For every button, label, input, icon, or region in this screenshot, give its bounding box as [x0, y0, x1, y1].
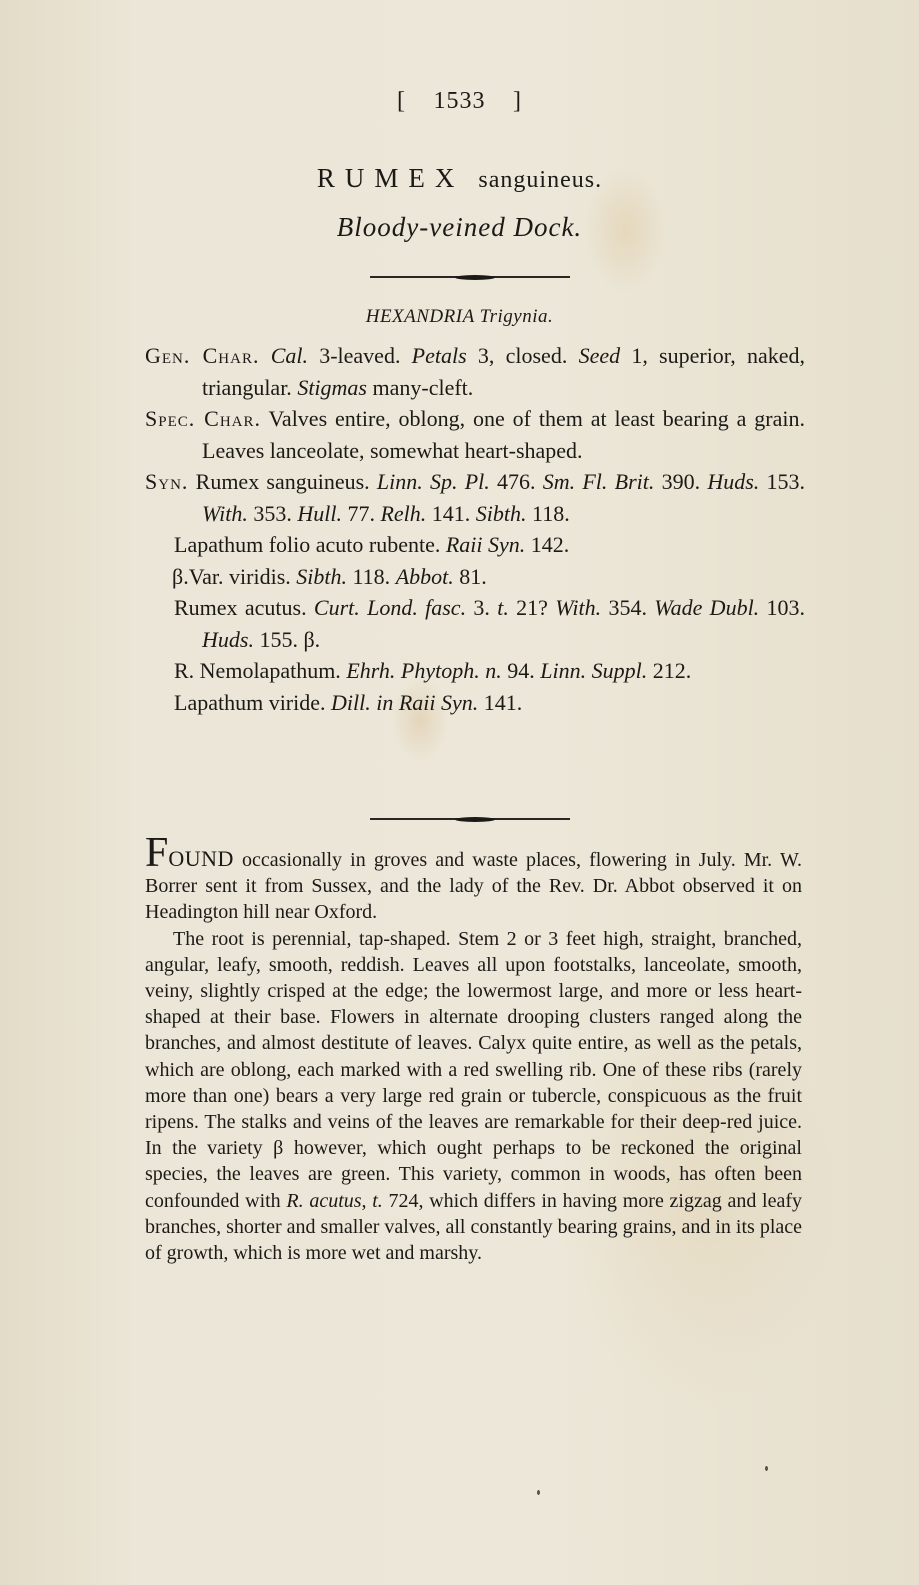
variety-entry: β.Var. viridis. Sibth. 118. Abbot. 81. — [145, 561, 805, 593]
variety-synonym-text: Rumex acutus. Curt. Lond. fasc. 3. t. 21… — [174, 595, 805, 652]
text-run: 353. — [248, 501, 298, 526]
citation-ref: Hull. — [297, 501, 342, 526]
citation-ref: Petals — [412, 343, 467, 368]
text-run: 103. — [759, 595, 805, 620]
drop-cap: F — [145, 830, 168, 876]
text-run: 77. — [342, 501, 381, 526]
citation-ref: Huds. — [707, 469, 759, 494]
citation-ref: Sibth. — [296, 564, 347, 589]
citation-ref: Dill. in Raii Syn. — [331, 690, 478, 715]
generic-character: Gen. Char. Cal. 3-leaved. Petals 3, clos… — [145, 340, 805, 403]
small-caps-lead: OUND — [168, 846, 234, 871]
text-run: 155. β. — [254, 627, 320, 652]
citation-ref: Linn. Sp. Pl. — [377, 469, 490, 494]
specific-character: Spec. Char. Valves entire, oblong, one o… — [145, 403, 805, 466]
text-run: 3. — [466, 595, 497, 620]
gen-char-text: Cal. 3-leaved. Petals 3, closed. Seed 1,… — [202, 343, 805, 400]
citation-ref: Ehrh. Phytoph. n. — [346, 658, 501, 683]
citation-ref: Abbot. — [396, 564, 454, 589]
variety-text: Var. viridis. Sibth. 118. Abbot. 81. — [189, 564, 487, 589]
common-name: Bloody-veined Dock. — [0, 212, 919, 243]
citation-ref: Stigmas — [297, 375, 367, 400]
synonym-text: Rumex sanguineus. Linn. Sp. Pl. 476. Sm.… — [196, 469, 805, 526]
text-run: R. Nemolapathum. — [174, 658, 346, 683]
species-epithet: sanguineus. — [478, 167, 602, 193]
class-name: HEXANDRIA — [366, 306, 475, 327]
text-run: 153. — [759, 469, 805, 494]
citation-ref: Seed — [579, 343, 621, 368]
text-run: 21? — [509, 595, 555, 620]
text-run: 390. — [654, 469, 707, 494]
variety-synonym: R. Nemolapathum. Ehrh. Phytoph. n. 94. L… — [145, 655, 805, 687]
text-run: Lapathum folio acuto rubente. — [174, 532, 446, 557]
spec-char-label: Spec. Char. — [145, 406, 261, 431]
text-run: 94. — [502, 658, 541, 683]
habitat-paragraph: FOUND occasionally in groves and waste p… — [145, 843, 802, 926]
gen-char-label: Gen. Char. — [145, 343, 259, 368]
order-name: Trigynia. — [480, 306, 554, 327]
text-run: 142. — [525, 532, 569, 557]
text-run: Var. viridis. — [189, 564, 297, 589]
citation-ref: Wade Dubl. — [654, 595, 759, 620]
citation-ref: Relh. — [380, 501, 426, 526]
description-paragraph: The root is perennial, tap-shaped. Stem … — [145, 926, 802, 1267]
text-run: 476. — [490, 469, 543, 494]
description: FOUND occasionally in groves and waste p… — [145, 843, 802, 1266]
spec-char-text: Valves entire, oblong, one of them at le… — [202, 406, 805, 463]
syn-label: Syn. — [145, 469, 188, 494]
classification: HEXANDRIA Trigynia. — [0, 306, 919, 328]
plate-ref: t. — [372, 1190, 383, 1212]
folio-number: 1533 — [434, 88, 486, 114]
ornamental-rule — [370, 276, 570, 278]
book-page: [ 1533 ] RUMEXsanguineus. Bloody-veined … — [0, 0, 919, 1585]
variety-synonym-text: Lapathum viride. Dill. in Raii Syn. 141. — [174, 690, 522, 715]
citation-ref: Huds. — [202, 627, 254, 652]
species-title: RUMEXsanguineus. — [0, 163, 919, 194]
variety-synonym: Lapathum viride. Dill. in Raii Syn. 141. — [145, 687, 805, 719]
text-run: 141. — [426, 501, 476, 526]
paper-speck — [537, 1490, 540, 1495]
ornamental-rule — [370, 818, 570, 820]
text-run: 3, closed. — [467, 343, 579, 368]
variety-synonym: Rumex acutus. Curt. Lond. fasc. 3. t. 21… — [145, 592, 805, 655]
text-run: 81. — [454, 564, 487, 589]
text-run: 118. — [347, 564, 396, 589]
beta-symbol: β. — [172, 564, 189, 589]
species-ref: R. acutus — [286, 1190, 361, 1212]
paragraph-text: The root is perennial, tap-shaped. Stem … — [145, 928, 802, 1212]
bracket-close: ] — [493, 88, 543, 115]
variety-synonym-text: R. Nemolapathum. Ehrh. Phytoph. n. 94. L… — [174, 658, 691, 683]
citation-ref: With. — [202, 501, 248, 526]
bracket-open: [ — [377, 88, 427, 115]
paper-speck — [765, 1466, 768, 1471]
citation-ref: Sibth. — [476, 501, 527, 526]
text-run: Rumex sanguineus. — [196, 469, 377, 494]
text-run: Rumex acutus. — [174, 595, 314, 620]
synonym-text: Lapathum folio acuto rubente. Raii Syn. … — [174, 532, 569, 557]
citation-ref: Curt. Lond. fasc. — [314, 595, 466, 620]
paragraph-text: occasionally in groves and waste places,… — [145, 849, 802, 923]
text-run: 141. — [478, 690, 522, 715]
text-run: many-cleft. — [367, 375, 473, 400]
citation-ref: Sm. Fl. Brit. — [543, 469, 655, 494]
characters-block: Gen. Char. Cal. 3-leaved. Petals 3, clos… — [145, 340, 805, 718]
text-run: Lapathum viride. — [174, 690, 331, 715]
text-run: 354. — [601, 595, 654, 620]
citation-ref: Cal. — [271, 343, 308, 368]
text-run: 118. — [527, 501, 570, 526]
genus-name: RUMEX — [317, 163, 465, 193]
citation-ref: Linn. Suppl. — [540, 658, 647, 683]
synonym-entry: Syn. Rumex sanguineus. Linn. Sp. Pl. 476… — [145, 466, 805, 529]
citation-ref: t. — [497, 595, 509, 620]
synonym-entry: Lapathum folio acuto rubente. Raii Syn. … — [145, 529, 805, 561]
citation-ref: Raii Syn. — [446, 532, 525, 557]
text-run: 3-leaved. — [308, 343, 412, 368]
citation-ref: With. — [555, 595, 601, 620]
page-number: [ 1533 ] — [0, 88, 919, 115]
punct: , — [362, 1190, 373, 1212]
text-run: 212. — [647, 658, 691, 683]
